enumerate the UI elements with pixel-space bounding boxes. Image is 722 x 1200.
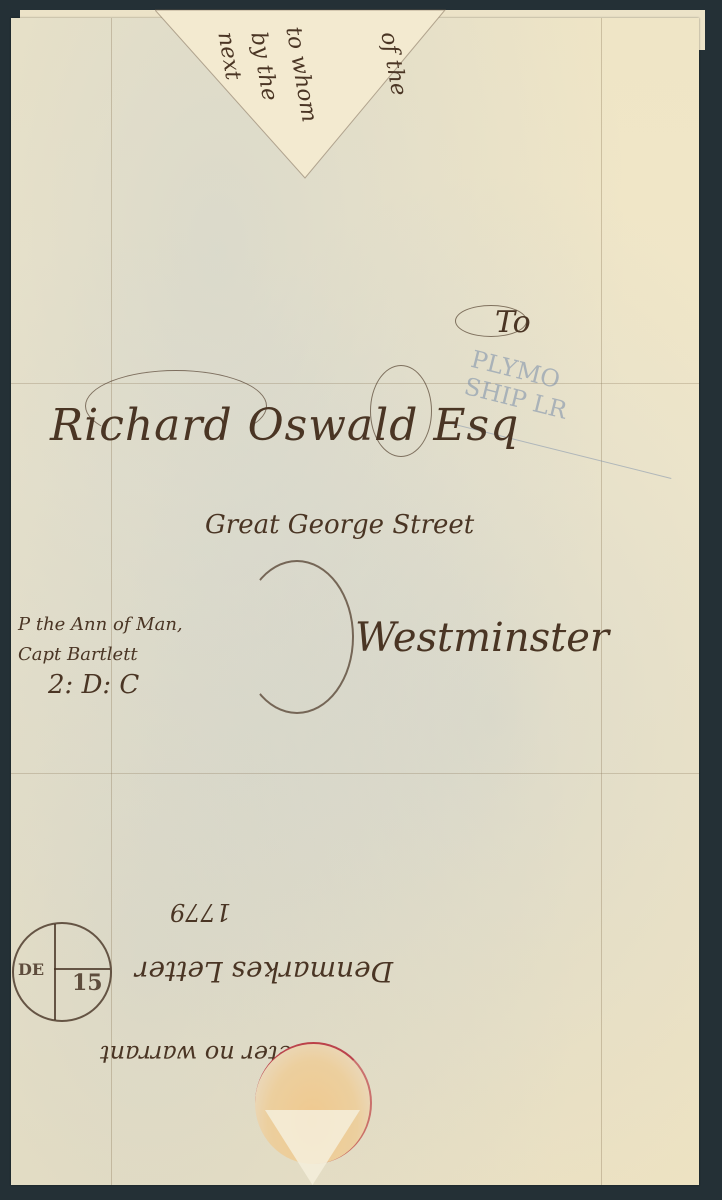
address-to: To	[495, 305, 531, 340]
fold-line	[111, 18, 112, 1185]
postmark-day: 15	[72, 970, 103, 996]
letter-sheet	[11, 18, 699, 1185]
fold-line	[11, 773, 699, 774]
address-city: Westminster	[355, 615, 609, 661]
rate-mark-5	[240, 560, 354, 714]
docket-line-1: 1779	[170, 898, 231, 926]
postmark-divider	[54, 924, 56, 1020]
fold-line	[601, 18, 602, 1185]
postmark-month: DE	[18, 960, 44, 979]
ship-note-line-1: P the Ann of Man,	[18, 610, 183, 640]
addressee-name: Richard Oswald Esq	[50, 400, 519, 451]
ship-note: P the Ann of Man, Capt Bartlett 2: D: C	[18, 610, 183, 700]
ship-note-line-2: Capt Bartlett	[18, 640, 183, 670]
bishop-postmark: DE 15	[12, 922, 112, 1022]
ship-note-line-3: 2: D: C	[18, 670, 183, 700]
docket-line-2: Denmarkes Letter	[135, 955, 393, 988]
address-street: Great George Street	[205, 510, 474, 540]
